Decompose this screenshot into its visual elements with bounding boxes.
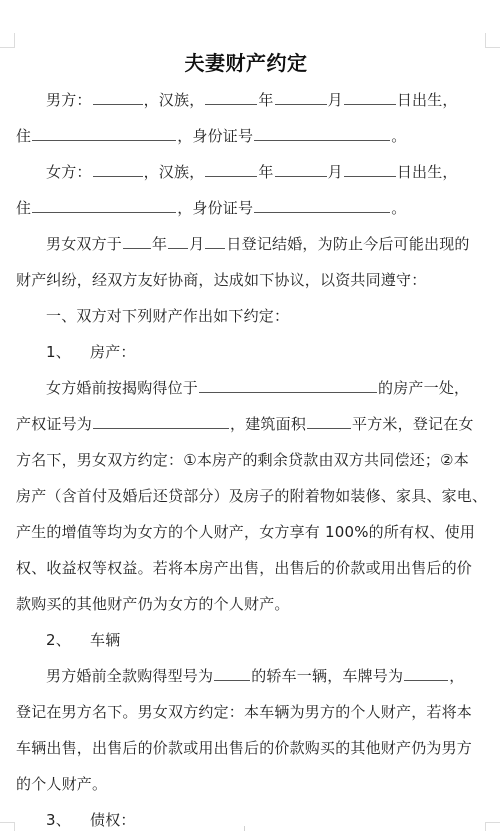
label-id: ，身份证号 <box>177 127 253 145</box>
female-address-line: 住，身份证号。 <box>16 190 476 226</box>
label-year: 年 <box>258 163 273 181</box>
blank-male-address[interactable] <box>32 126 176 141</box>
period: 。 <box>391 199 406 217</box>
text: ， <box>449 667 464 685</box>
period: 。 <box>391 127 406 145</box>
label-year: 年 <box>258 91 273 109</box>
label-address: 住 <box>16 199 31 217</box>
label-month: 月 <box>328 91 343 109</box>
blank-marriage-year[interactable] <box>123 234 151 249</box>
paragraph-line: 方名下，男女双方约定：①本房产的剩余贷款由双方共同偿还；②本 <box>16 442 476 478</box>
paragraph-line: 车辆出售，出售后的价款或用出售后的价款购买的其他财产仍为男方 <box>16 730 476 766</box>
text: 日登记结婚，为防止今后可能出现的 <box>226 235 469 253</box>
paragraph-line: 产生的增值等均为女方的个人财产，女方享有 100%的所有权、使用 <box>16 514 476 550</box>
paragraph-line: 权、收益权等权益。若将本房产出售，出售后的价款或用出售后的价 <box>16 550 476 586</box>
crop-mark-bottom-right <box>485 822 500 831</box>
document-title: 夫妻财产约定 <box>16 46 476 80</box>
paragraph-line: 登记在男方名下。男女双方约定：本车辆为男方的个人财产，若将本 <box>16 694 476 730</box>
text: 男方婚前全款购得型号为 <box>46 667 213 685</box>
label-birth: 日出生， <box>397 91 458 109</box>
vehicle-line: 男方婚前全款购得型号为的轿车一辆，车牌号为， <box>16 658 476 694</box>
paragraph-line: 的个人财产。 <box>16 766 476 802</box>
paragraph-line: 房产（含首付及婚后还贷部分）及房子的附着物如装修、家具、家电、 <box>16 478 476 514</box>
item-number: 2、 <box>46 622 90 658</box>
item-heading-vehicle: 2、车辆 <box>16 622 476 658</box>
text: 女方婚前按揭购得位于 <box>46 379 198 397</box>
blank-male-name[interactable] <box>93 90 143 105</box>
item-title: 房产： <box>90 343 136 361</box>
label-male: 男方： <box>46 91 92 109</box>
item-heading-debt: 3、债权： <box>16 802 476 831</box>
item-heading-property: 1、房产： <box>16 334 476 370</box>
crop-mark-top-left <box>0 33 15 48</box>
blank-female-address[interactable] <box>32 198 176 213</box>
label-ethnicity: ，汉族， <box>144 91 205 109</box>
label-female: 女方： <box>46 163 92 181</box>
label-address: 住 <box>16 127 31 145</box>
blank-plate-number[interactable] <box>404 666 448 681</box>
female-info-line: 女方：，汉族，年月日出生， <box>16 154 476 190</box>
crop-mark-bottom-left <box>0 822 15 831</box>
label-month: 月 <box>328 163 343 181</box>
male-info-line: 男方：，汉族，年月日出生， <box>16 82 476 118</box>
label-ethnicity: ，汉族， <box>144 163 205 181</box>
text: 产权证号为 <box>16 415 92 433</box>
paragraph-line: 财产纠纷，经双方友好协商，达成如下协议，以资共同遵守： <box>16 262 476 298</box>
blank-female-birth-day[interactable] <box>344 162 396 177</box>
item-number: 3、 <box>46 802 90 831</box>
blank-property-cert-no[interactable] <box>93 414 229 429</box>
label-year: 年 <box>152 235 167 253</box>
blank-female-birth-year[interactable] <box>205 162 257 177</box>
text: 的轿车一辆，车牌号为 <box>251 667 403 685</box>
blank-male-birth-month[interactable] <box>275 90 327 105</box>
paragraph-line: 款购买的其他财产仍为女方的个人财产。 <box>16 586 476 622</box>
text: 平方米，登记在女 <box>352 415 474 433</box>
blank-car-model[interactable] <box>214 666 250 681</box>
blank-female-birth-month[interactable] <box>275 162 327 177</box>
section-heading-1: 一、双方对下列财产作出如下约定： <box>16 298 476 334</box>
blank-marriage-day[interactable] <box>205 234 225 249</box>
item-title: 债权： <box>90 811 136 829</box>
blank-male-birth-year[interactable] <box>205 90 257 105</box>
item-title: 车辆 <box>90 631 120 649</box>
blank-female-name[interactable] <box>93 162 143 177</box>
male-address-line: 住，身份证号。 <box>16 118 476 154</box>
blank-floor-area[interactable] <box>307 414 351 429</box>
property-location-line: 女方婚前按揭购得位于的房产一处， <box>16 370 476 406</box>
property-cert-line: 产权证号为，建筑面积平方米，登记在女 <box>16 406 476 442</box>
blank-female-id[interactable] <box>254 198 390 213</box>
label-id: ，身份证号 <box>177 199 253 217</box>
text: ，建筑面积 <box>230 415 306 433</box>
item-number: 1、 <box>46 334 90 370</box>
blank-marriage-month[interactable] <box>168 234 188 249</box>
text: 的房产一处， <box>378 379 469 397</box>
blank-male-birth-day[interactable] <box>344 90 396 105</box>
text: 男女双方于 <box>46 235 122 253</box>
blank-property-location[interactable] <box>199 378 377 393</box>
label-month: 月 <box>189 235 204 253</box>
label-birth: 日出生， <box>397 163 458 181</box>
crop-mark-top-right <box>485 33 500 48</box>
blank-male-id[interactable] <box>254 126 390 141</box>
document-page: 夫妻财产约定 男方：，汉族，年月日出生， 住，身份证号。 女方：，汉族，年月日出… <box>16 46 476 831</box>
marriage-date-line: 男女双方于年月日登记结婚，为防止今后可能出现的 <box>16 226 476 262</box>
